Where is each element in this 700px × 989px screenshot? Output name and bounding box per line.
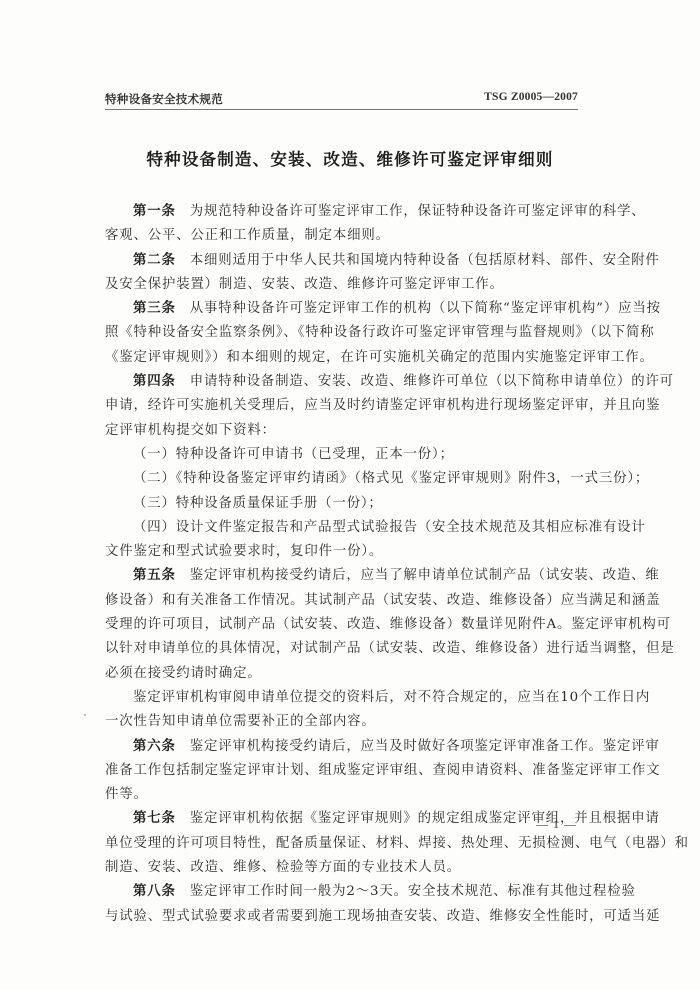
line-text: 及安全保护装置）制造、安装、改造、维修许可鉴定评审工作。 bbox=[105, 277, 504, 292]
line-text: （二）《特种设备鉴定评审约请函》（格式见《鉴定评审规则》附件3，一式三份）； bbox=[133, 471, 649, 486]
article-line: 第三条从事特种设备许可鉴定评审工作的机构（以下简称“鉴定评审机构”）应当按 bbox=[105, 297, 581, 321]
text-line: 申请，经许可实施机关受理后，应当及时约请鉴定评审机构进行现场鉴定评审，并且向鉴 bbox=[105, 394, 581, 418]
line-text: 单位受理的许可项目特性，配备质量保证、材料、焊接、热处理、无损检测、电气（电器）… bbox=[105, 836, 689, 851]
line-text: 鉴定评审机构审阅申请单位提交的资料后，对不符合规定的，应当在10个工作日内 bbox=[133, 690, 650, 705]
text-line: 件等。 bbox=[105, 783, 581, 807]
line-text: 《鉴定评审规则》）和本细则的规定，在许可实施机关确定的范围内实施鉴定评审工作。 bbox=[105, 350, 654, 365]
line-text: 必须在接受约请时确定。 bbox=[105, 666, 262, 681]
line-text: 客观、公平、公正和工作质量，制定本细则。 bbox=[105, 228, 390, 243]
document-body: 第一条为规范特种设备许可鉴定评审工作，保证特种设备许可鉴定评审的科学、客观、公平… bbox=[105, 200, 581, 929]
document-title: 特种设备制造、安装、改造、维修许可鉴定评审细则 bbox=[0, 146, 700, 170]
text-line: 《鉴定评审规则》）和本细则的规定，在许可实施机关确定的范围内实施鉴定评审工作。 bbox=[105, 346, 581, 370]
article-line: 第五条鉴定评审机构接受约请后，应当了解申请单位试制产品（试安装、改造、维 bbox=[105, 564, 581, 588]
text-line: 单位受理的许可项目特性，配备质量保证、材料、焊接、热处理、无损检测、电气（电器）… bbox=[105, 832, 581, 856]
article-number: 第二条 bbox=[133, 253, 176, 268]
scan-artifact bbox=[84, 714, 86, 716]
header-series-title: 特种设备安全技术规范 bbox=[105, 91, 223, 107]
header-standard-code: TSG Z0005—2007 bbox=[484, 91, 578, 103]
line-text: 为规范特种设备许可鉴定评审工作，保证特种设备许可鉴定评审的科学、 bbox=[190, 204, 646, 219]
line-text: 申请特种设备制造、安装、改造、维修许可单位（以下简称申请单位）的许可 bbox=[190, 374, 674, 389]
line-text: 照《特种设备安全监察条例》、《特种设备行政许可鉴定评审管理与监督规则》（以下简称 bbox=[105, 325, 655, 340]
line-text: 申请，经许可实施机关受理后，应当及时约请鉴定评审机构进行现场鉴定评审，并且向鉴 bbox=[105, 398, 660, 413]
line-text: 文件鉴定和型式试验要求时，复印件一份）。 bbox=[105, 544, 383, 559]
line-text: 修设备）和有关准备工作情况。其试制产品（试安装、改造、维修设备）应当满足和涵盖 bbox=[105, 593, 660, 608]
text-line: （三）特种设备质量保证手册（一份）； bbox=[105, 492, 581, 516]
line-text: 鉴定评审机构接受约请后，应当了解申请单位试制产品（试安装、改造、维 bbox=[190, 568, 660, 583]
line-text: 鉴定评审机构依据《鉴定评审规则》的规定组成鉴定评审组，并且根据申请 bbox=[190, 811, 660, 826]
text-line: 修设备）和有关准备工作情况。其试制产品（试安装、改造、维修设备）应当满足和涵盖 bbox=[105, 589, 581, 613]
line-text: （一）特种设备许可申请书（已受理，正本一份）； bbox=[133, 447, 454, 462]
text-line: （一）特种设备许可申请书（已受理，正本一份）； bbox=[105, 443, 581, 467]
line-text: 制造、安装、改造、维修、检验等方面的专业技术人员。 bbox=[105, 860, 461, 875]
page-number: — 1 — bbox=[536, 817, 577, 832]
article-line: 第六条鉴定评审机构接受约请后，应当及时做好各项鉴定评审准备工作。鉴定评审 bbox=[105, 735, 581, 759]
text-line: 定评审机构提交如下资料： bbox=[105, 419, 581, 443]
article-number: 第三条 bbox=[133, 301, 176, 316]
article-line: 第七条鉴定评审机构依据《鉴定评审规则》的规定组成鉴定评审组，并且根据申请 bbox=[105, 807, 581, 831]
article-line: 第二条本细则适用于中华人民共和国境内特种设备（包括原材料、部件、安全附件 bbox=[105, 249, 581, 273]
line-text: 件等。 bbox=[105, 787, 148, 802]
text-line: 一次性告知申请单位需要补正的全部内容。 bbox=[105, 710, 581, 734]
line-text: （四）设计文件鉴定报告和产品型式试验报告（安全技术规范及其相应标准有设计 bbox=[133, 520, 646, 535]
running-header: 特种设备安全技术规范 TSG Z0005—2007 bbox=[105, 91, 578, 109]
line-text: 以针对申请单位的具体情况，对试制产品（试安装、改造、维修设备）进行适当调整，但是 bbox=[105, 641, 675, 656]
header-divider bbox=[105, 109, 578, 110]
line-text: （三）特种设备质量保证手册（一份）； bbox=[133, 496, 383, 511]
article-line: 第八条鉴定评审工作时间一般为2～3天。安全技术规范、标准有其他过程检验 bbox=[105, 880, 581, 904]
line-text: 定评审机构提交如下资料： bbox=[105, 423, 276, 438]
text-line: （四）设计文件鉴定报告和产品型式试验报告（安全技术规范及其相应标准有设计 bbox=[105, 516, 581, 540]
line-text: 本细则适用于中华人民共和国境内特种设备（包括原材料、部件、安全附件 bbox=[190, 253, 660, 268]
document-page: 特种设备安全技术规范 TSG Z0005—2007 特种设备制造、安装、改造、维… bbox=[0, 0, 700, 989]
text-line: 文件鉴定和型式试验要求时，复印件一份）。 bbox=[105, 540, 581, 564]
text-line: 准备工作包括制定鉴定评审计划、组成鉴定评审组、查阅申请资料、准备鉴定评审工作文 bbox=[105, 759, 581, 783]
line-text: 受理的许可项目，试制产品（试安装、改造、维修设备）数量详见附件A。鉴定评审机构可 bbox=[105, 617, 671, 632]
article-line: 第四条申请特种设备制造、安装、改造、维修许可单位（以下简称申请单位）的许可 bbox=[105, 370, 581, 394]
article-number: 第一条 bbox=[133, 204, 176, 219]
text-line: 以针对申请单位的具体情况，对试制产品（试安装、改造、维修设备）进行适当调整，但是 bbox=[105, 637, 581, 661]
text-line: 鉴定评审机构审阅申请单位提交的资料后，对不符合规定的，应当在10个工作日内 bbox=[105, 686, 581, 710]
article-number: 第四条 bbox=[133, 374, 176, 389]
article-number: 第五条 bbox=[133, 568, 176, 583]
text-line: （二）《特种设备鉴定评审约请函》（格式见《鉴定评审规则》附件3，一式三份）； bbox=[105, 467, 581, 491]
line-text: 准备工作包括制定鉴定评审计划、组成鉴定评审组、查阅申请资料、准备鉴定评审工作文 bbox=[105, 763, 660, 778]
text-line: 及安全保护装置）制造、安装、改造、维修许可鉴定评审工作。 bbox=[105, 273, 581, 297]
line-text: 鉴定评审机构接受约请后，应当及时做好各项鉴定评审准备工作。鉴定评审 bbox=[190, 739, 660, 754]
text-line: 受理的许可项目，试制产品（试安装、改造、维修设备）数量详见附件A。鉴定评审机构可 bbox=[105, 613, 581, 637]
line-text: 从事特种设备许可鉴定评审工作的机构（以下简称“鉴定评审机构”）应当按 bbox=[190, 301, 661, 316]
text-line: 与试验、型式试验要求或者需要到施工现场抽查安装、改造、维修安全性能时，可适当延 bbox=[105, 905, 581, 929]
text-line: 客观、公平、公正和工作质量，制定本细则。 bbox=[105, 224, 581, 248]
text-line: 制造、安装、改造、维修、检验等方面的专业技术人员。 bbox=[105, 856, 581, 880]
line-text: 与试验、型式试验要求或者需要到施工现场抽查安装、改造、维修安全性能时，可适当延 bbox=[105, 909, 660, 924]
article-number: 第七条 bbox=[133, 811, 176, 826]
article-number: 第八条 bbox=[133, 884, 176, 899]
article-number: 第六条 bbox=[133, 739, 176, 754]
text-line: 必须在接受约请时确定。 bbox=[105, 662, 581, 686]
article-line: 第一条为规范特种设备许可鉴定评审工作，保证特种设备许可鉴定评审的科学、 bbox=[105, 200, 581, 224]
text-line: 照《特种设备安全监察条例》、《特种设备行政许可鉴定评审管理与监督规则》（以下简称 bbox=[105, 321, 581, 345]
line-text: 鉴定评审工作时间一般为2～3天。安全技术规范、标准有其他过程检验 bbox=[190, 884, 636, 899]
line-text: 一次性告知申请单位需要补正的全部内容。 bbox=[105, 714, 376, 729]
